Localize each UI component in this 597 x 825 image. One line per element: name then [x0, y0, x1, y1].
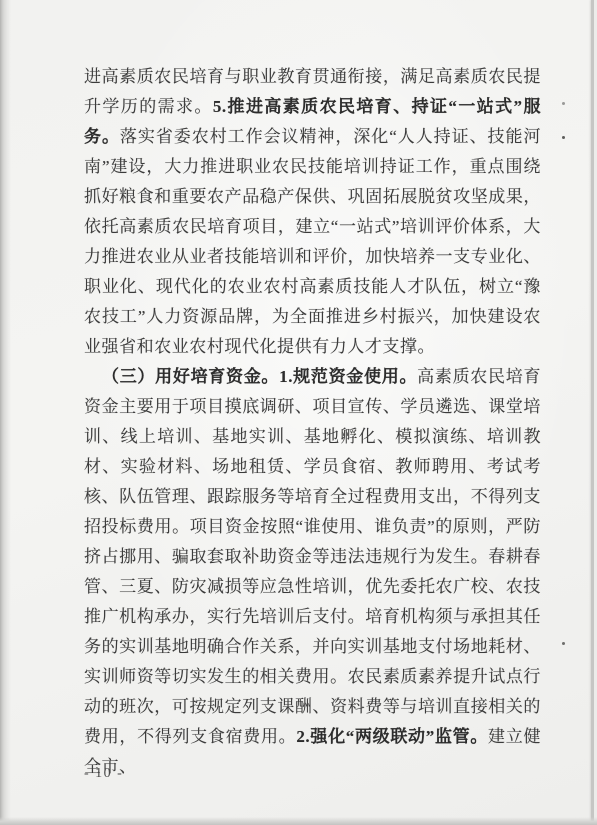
text-run-bold-heading-section-three: （三）用好培育资金。1.规范资金使用。	[102, 367, 417, 386]
scan-speck	[562, 642, 565, 645]
scan-speck	[562, 136, 565, 139]
document-page: 进高素质农民培育与职业教育贯通衔接，满足高素质农民提升学历的需求。5.推进高素质…	[0, 0, 597, 825]
text-run: 落实省委农村工作会议精神，深化“人人持证、技能河南”建设，大力推进职业农民技能培…	[84, 127, 541, 356]
scan-edge-left	[0, 0, 11, 825]
scan-edge-bottom	[0, 817, 597, 825]
scan-speck	[562, 102, 565, 105]
text-run-bold-heading-2: 2.强化“两级联动”监管。	[296, 727, 488, 746]
page-number: - 10 -	[84, 766, 123, 782]
document-body: 进高素质农民培育与职业教育贯通衔接，满足高素质农民提升学历的需求。5.推进高素质…	[84, 62, 541, 782]
paragraph-section-three: （三）用好培育资金。1.规范资金使用。高素质农民培育资金主要用于项目摸底调研、项…	[84, 362, 541, 782]
paragraph-continuation: 进高素质农民培育与职业教育贯通衔接，满足高素质农民提升学历的需求。5.推进高素质…	[84, 62, 541, 362]
text-run: 高素质农民培育资金主要用于项目摸底调研、项目宣传、学员遴选、课堂培训、线上培训、…	[84, 367, 541, 746]
